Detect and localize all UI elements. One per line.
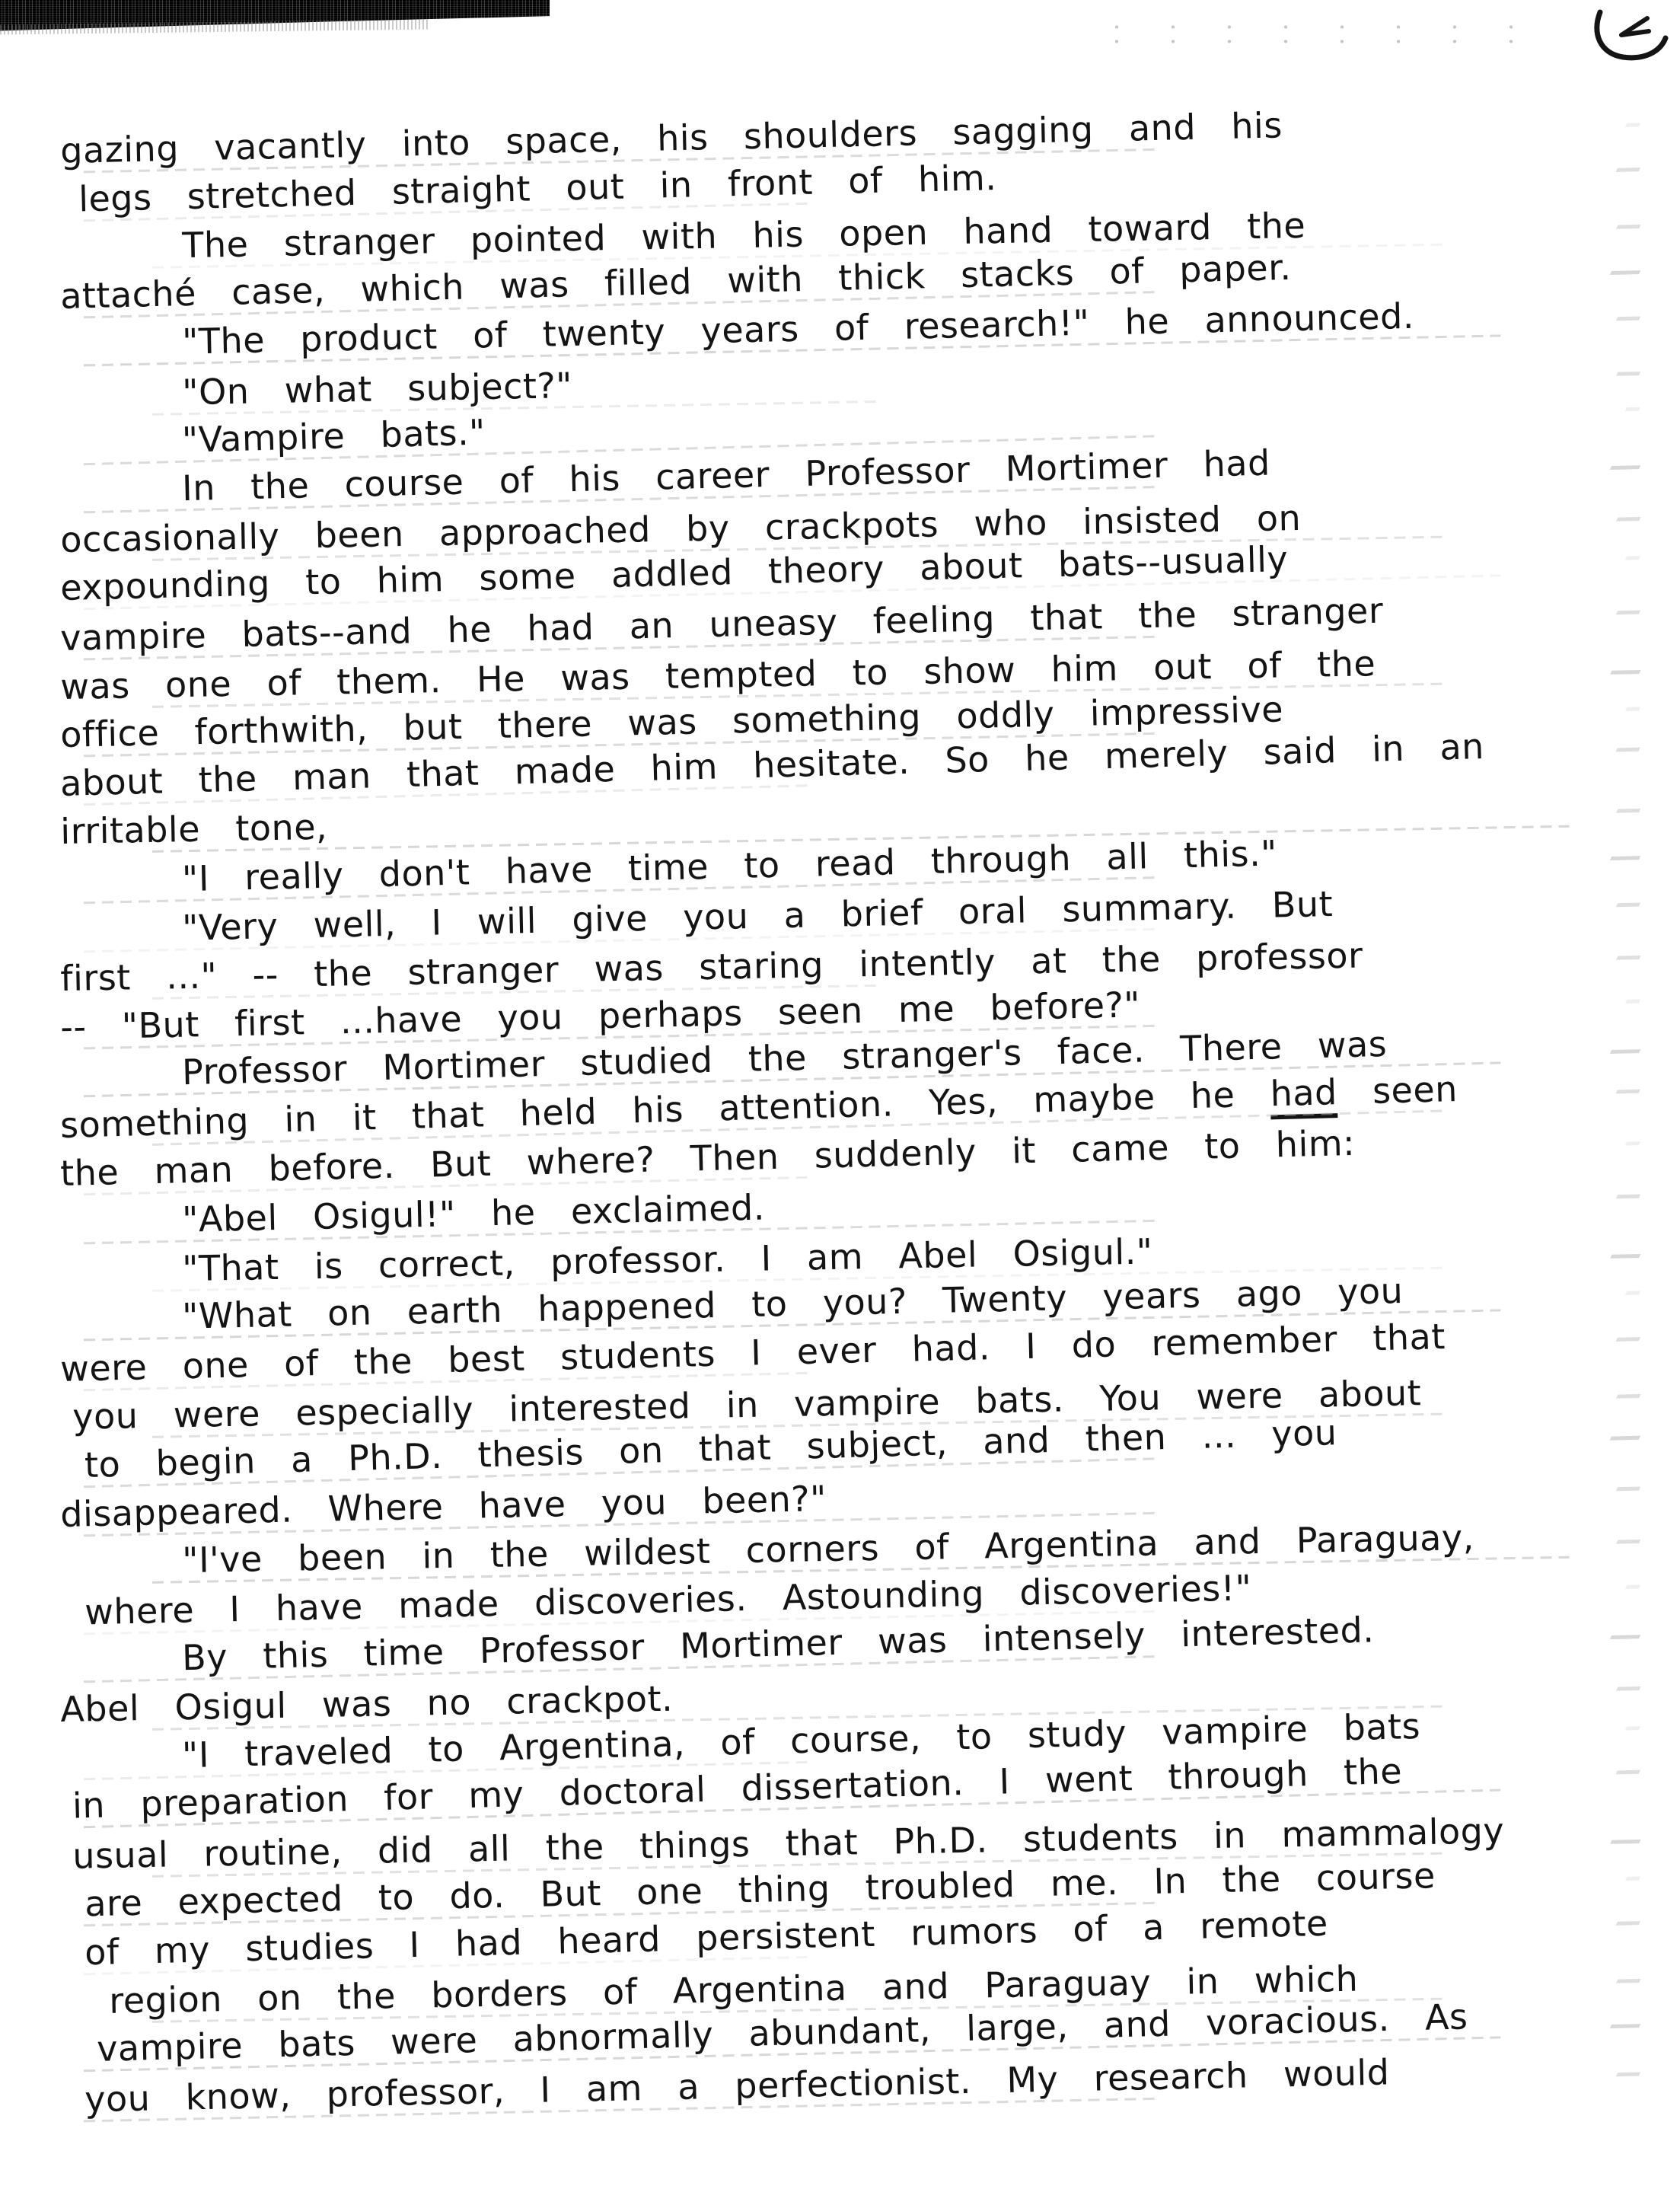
handwritten-swoosh-icon	[1586, 8, 1670, 73]
scanned-manuscript-page: { "document": { "kind": "handwritten man…	[0, 0, 1680, 2205]
scanner-noise-dots	[1089, 20, 1545, 44]
underlined-word: had	[1270, 1071, 1338, 1119]
manuscript-text: gazing vacantly into space, his shoulder…	[61, 126, 1636, 2125]
